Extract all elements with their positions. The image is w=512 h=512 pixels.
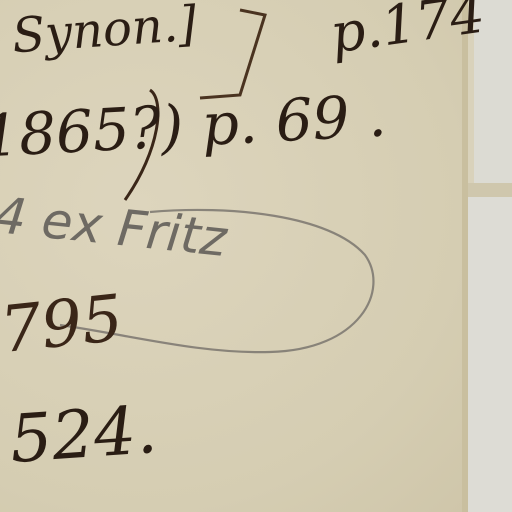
handwriting-524: 524.: [7, 391, 159, 478]
